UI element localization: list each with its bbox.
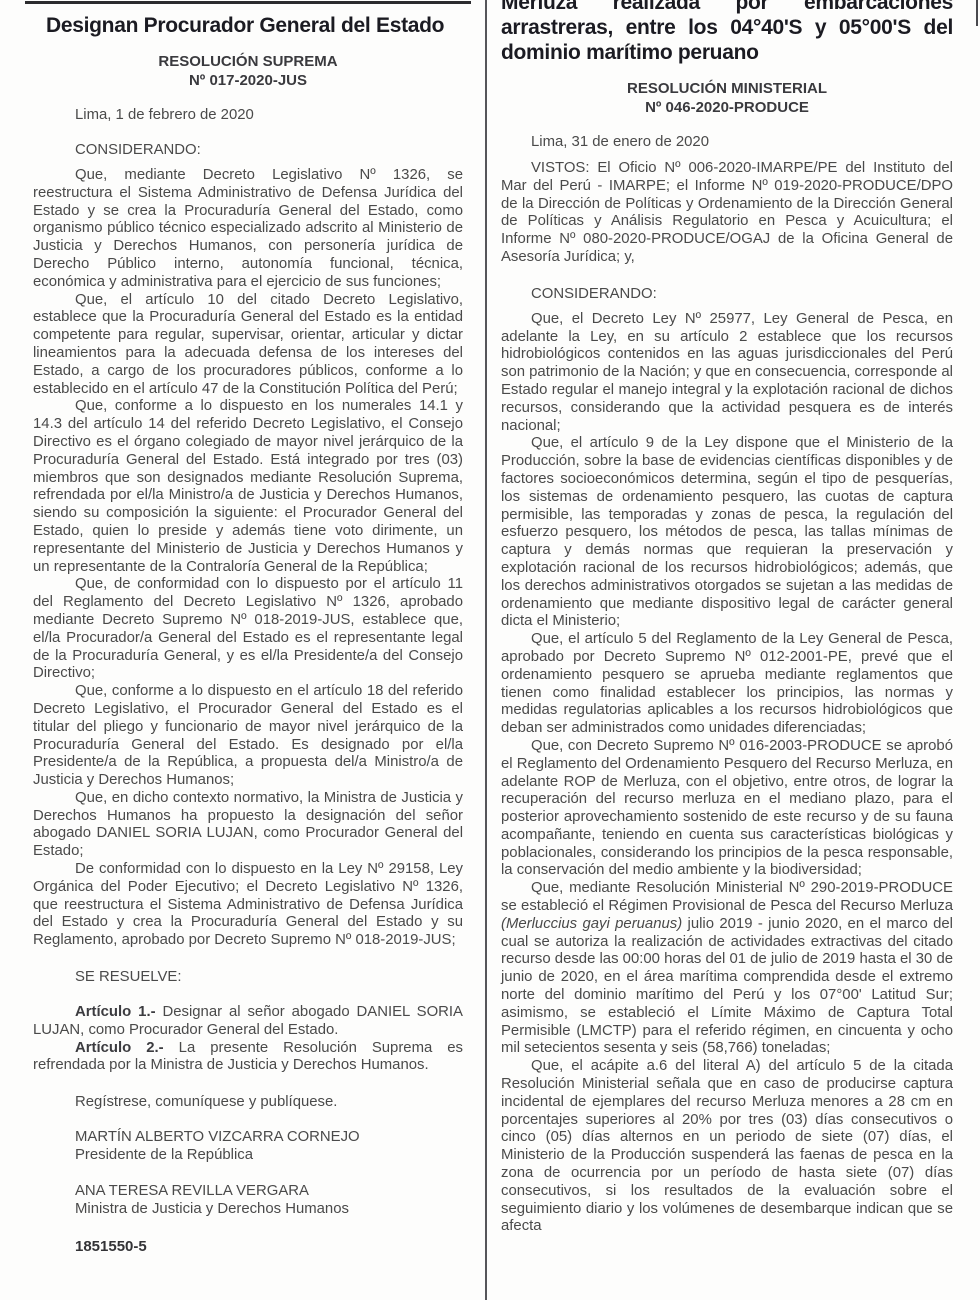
right-considerando-label: CONSIDERANDO: [531,286,953,302]
right-vistos: VISTOS: El Oficio Nº 006-2020-IMARPE/PE … [501,160,953,267]
gazette-page: Designan Procurador General del Estado R… [0,0,980,1300]
signature-president-name: MARTÍN ALBERTO VIZCARRA CORNEJO [75,1128,463,1146]
left-considerando-para-3: Que, conforme a lo dispuesto en los nume… [33,398,463,576]
left-articles: Artículo 1.- Designar al señor abogado D… [33,1004,463,1075]
right-article-title: Merluza realizada por embarcaciones arra… [501,0,953,65]
right-considerando-para-5: Que, mediante Resolución Ministerial Nº … [501,880,953,1058]
left-considerando-para-1: Que, mediante Decreto Legislativo Nº 132… [33,167,463,292]
left-considerando-para-6: Que, en dicho contexto normativo, la Min… [33,790,463,861]
right-considerando-para-6: Que, el acápite a.6 del literal A) del a… [501,1058,953,1236]
left-resolution-type: RESOLUCIÓN SUPREMA [33,53,463,72]
column-divider [485,0,487,1300]
left-dateline: Lima, 1 de febrero de 2020 [75,107,463,123]
left-considerando-body: Que, mediante Decreto Legislativo Nº 132… [33,167,463,950]
signature-president: MARTÍN ALBERTO VIZCARRA CORNEJO Presiden… [75,1128,463,1164]
right-considerando-para-5-species: (Merluccius gayi peruanus) [501,916,682,932]
left-closing-line: Regístrese, comuníquese y publíquese. [75,1094,463,1110]
right-title-line-1: Merluza realizada por embarcaciones [501,0,953,15]
right-considerando-body: Que, el Decreto Ley Nº 25977, Ley Genera… [501,311,953,1236]
right-dateline: Lima, 31 de enero de 2020 [531,134,953,150]
left-articulo-1-label: Artículo 1.- [75,1004,156,1020]
signature-minister-role: Ministra de Justicia y Derechos Humanos [75,1200,463,1218]
left-considerando-label: CONSIDERANDO: [75,142,463,158]
right-considerando-para-5-post: julio 2019 - junio 2020, en el marco del… [501,916,953,1057]
right-resolution-heading: RESOLUCIÓN MINISTERIAL Nº 046-2020-PRODU… [501,80,953,117]
signature-president-role: Presidente de la República [75,1146,463,1164]
signature-minister: ANA TERESA REVILLA VERGARA Ministra de J… [75,1182,463,1218]
right-considerando-para-5-pre: Que, mediante Resolución Ministerial Nº … [501,880,953,914]
right-considerando-para-3: Que, el artículo 5 del Reglamento de la … [501,631,953,738]
right-considerando-para-1: Que, el Decreto Ley Nº 25977, Ley Genera… [501,311,953,436]
right-considerando-para-4: Que, con Decreto Supremo Nº 016-2003-PRO… [501,738,953,880]
right-title-line-3: dominio marítimo peruano [501,40,953,65]
left-considerando-para-4: Que, de conformidad con lo dispuesto por… [33,576,463,683]
left-article: Designan Procurador General del Estado R… [0,0,486,1300]
right-resolution-type: RESOLUCIÓN MINISTERIAL [501,80,953,99]
left-considerando-para-5: Que, conforme a lo dispuesto en el artíc… [33,683,463,790]
left-articulo-1: Artículo 1.- Designar al señor abogado D… [33,1004,463,1040]
left-resuelve-label: SE RESUELVE: [75,969,463,985]
right-edge-rule [976,0,978,26]
right-considerando-para-2: Que, el artículo 9 de la Ley dispone que… [501,435,953,631]
gazette-code: 1851550-5 [75,1238,463,1255]
signature-minister-name: ANA TERESA REVILLA VERGARA [75,1182,463,1200]
right-title-line-2: arrastreras, entre los 04°40'S y 05°00'S… [501,15,953,40]
right-resolution-number: Nº 046-2020-PRODUCE [501,99,953,118]
left-article-title: Designan Procurador General del Estado [46,13,463,38]
left-resolution-number: Nº 017-2020-JUS [33,72,463,91]
left-considerando-para-2: Que, el artículo 10 del citado Decreto L… [33,292,463,399]
left-considerando-para-7: De conformidad con lo dispuesto en la Le… [33,861,463,950]
article-separator-rule [25,1,471,4]
left-resolution-heading: RESOLUCIÓN SUPREMA Nº 017-2020-JUS [33,53,463,90]
left-articulo-2-label: Artículo 2.- [75,1040,164,1056]
right-vistos-para: VISTOS: El Oficio Nº 006-2020-IMARPE/PE … [501,160,953,267]
right-article: Merluza realizada por embarcaciones arra… [486,0,980,1300]
left-articulo-2: Artículo 2.- La presente Resolución Supr… [33,1040,463,1076]
